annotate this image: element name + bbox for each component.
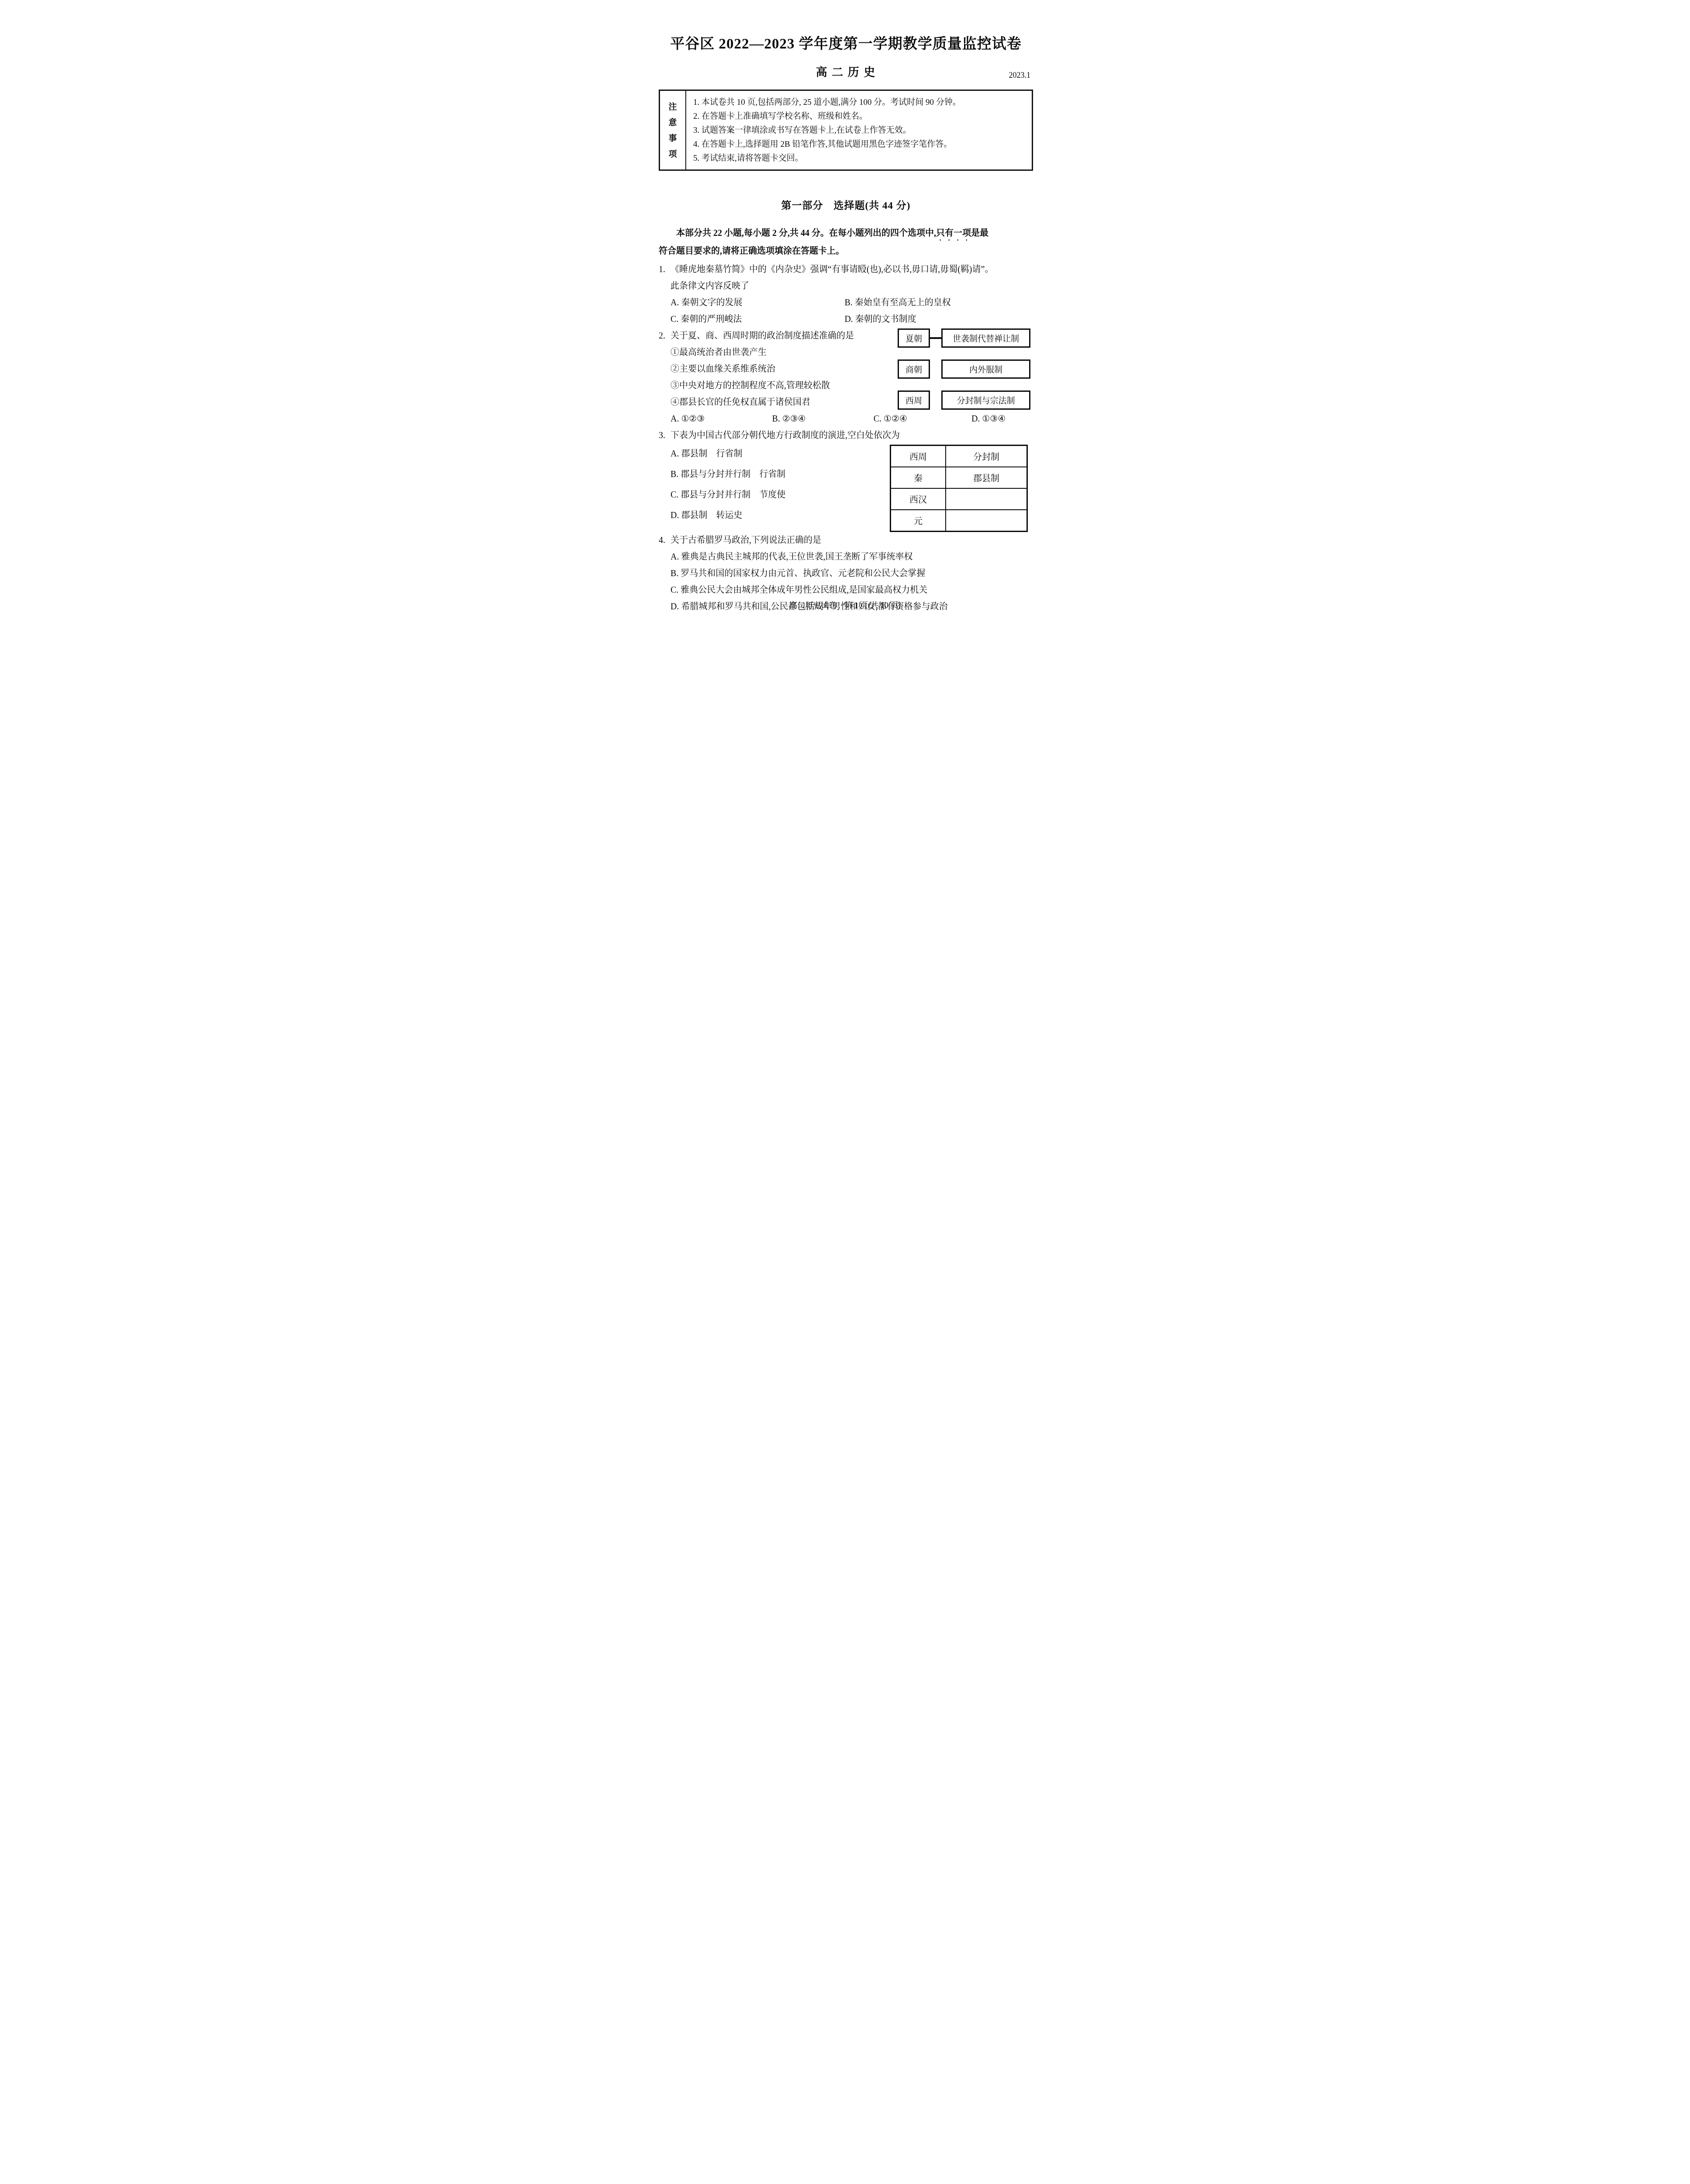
option-b: B. ②③④: [772, 411, 873, 427]
table-cell-era: 秦: [891, 467, 946, 488]
option-a: A. 秦朝文字的发展: [670, 294, 844, 311]
question-number: 1.: [659, 261, 670, 278]
option-d: D. 郡县制 转运史: [659, 505, 890, 526]
sub-item-1: ①最高统治者由世袭产生: [659, 344, 898, 361]
exam-date: 2023.1: [1009, 71, 1031, 80]
table-cell-era: 元: [891, 510, 946, 532]
question-3-options: A. 郡县制 行省制 B. 郡县与分封并行制 行省制 C. 郡县与分封并行制 节…: [659, 444, 890, 532]
figure-row-xia: 夏朝 世袭制代替禅让制: [898, 328, 1031, 348]
exam-subtitle: 高 二 历 史: [816, 63, 876, 79]
stem-text: 《睡虎地秦墓竹简》中的《内杂史》强调“有事请殹(也),必以书,毋口请,毋蜀(羁)…: [670, 261, 1033, 278]
section-intro: 本部分共 22 小题,每小题 2 分,共 44 分。在每小题列出的四个选项中,只…: [659, 225, 1033, 259]
questions-list: 1. 《睡虎地秦墓竹简》中的《内杂史》强调“有事请殹(也),必以书,毋口请,毋蜀…: [659, 261, 1033, 615]
option-d: D. ①③④: [971, 411, 1033, 427]
option-b: B. 罗马共和国的国家权力由元首、执政官、元老院和公民大会掌握: [659, 565, 1033, 582]
table-row: 元: [891, 510, 1027, 532]
notice-item: 1. 本试卷共 10 页,包括两部分, 25 道小题,满分 100 分。考试时间…: [693, 96, 1027, 110]
question-number: 4.: [659, 532, 670, 549]
notice-items: 1. 本试卷共 10 页,包括两部分, 25 道小题,满分 100 分。考试时间…: [686, 91, 1032, 169]
intro-text-pre: 本部分共 22 小题,每小题 2 分,共 44 分。在每小题列出的四个选项中,: [676, 228, 936, 238]
page-footer: 高二历史试卷 第 1 页(共 10 页): [634, 599, 1056, 611]
table-row: 西周 分封制: [891, 446, 1027, 467]
notice-box: 注 意 事 项 1. 本试卷共 10 页,包括两部分, 25 道小题,满分 10…: [659, 90, 1033, 171]
intro-line-1: 本部分共 22 小题,每小题 2 分,共 44 分。在每小题列出的四个选项中,只…: [659, 225, 1033, 243]
subtitle-row: 高 二 历 史 2023.1: [659, 63, 1033, 80]
intro-emphasis: 只有一项: [936, 228, 971, 238]
question-number: 3.: [659, 427, 670, 444]
option-d: D. 秦朝的文书制度: [844, 311, 1033, 328]
option-a: A. 雅典是古典民主城邦的代表,王位世袭,国王垄断了军事统率权: [659, 549, 1033, 565]
question-2-stem: 2. 关于夏、商、西周时期的政治制度描述准确的是: [659, 328, 898, 344]
option-c: C. 秦朝的严刑峻法: [670, 311, 844, 328]
stem-text: 关于古希腊罗马政治,下列说法正确的是: [670, 532, 1033, 549]
question-number: 2.: [659, 328, 670, 344]
table-cell-era: 西周: [891, 446, 946, 467]
notice-label-char: 注: [668, 100, 677, 112]
intro-text-post: 是最: [971, 228, 988, 238]
notice-label-char: 事: [668, 132, 677, 144]
question-2-text: 2. 关于夏、商、西周时期的政治制度描述准确的是 ①最高统治者由世袭产生 ②主要…: [659, 328, 898, 411]
era-box: 夏朝: [898, 328, 930, 348]
stem-text: 下表为中国古代部分朝代地方行政制度的演进,空白处依次为: [670, 427, 1033, 444]
notice-item: 5. 考试结束,请将答题卡交回。: [693, 152, 1027, 166]
question-1-stem: 1. 《睡虎地秦墓竹简》中的《内杂史》强调“有事请殹(也),必以书,毋口请,毋蜀…: [659, 261, 1033, 278]
option-b: B. 郡县与分封并行制 行省制: [659, 464, 890, 485]
question-3-stem: 3. 下表为中国古代部分朝代地方行政制度的演进,空白处依次为: [659, 427, 1033, 444]
notice-item: 2. 在答题卡上准确填写学校名称、班级和姓名。: [693, 110, 1027, 124]
option-a: A. 郡县制 行省制: [659, 444, 890, 464]
stem-text-line-2: 此条律文内容反映了: [659, 278, 1033, 294]
system-box: 分封制与宗法制: [941, 390, 1030, 410]
question-2-body: 2. 关于夏、商、西周时期的政治制度描述准确的是 ①最高统治者由世袭产生 ②主要…: [659, 328, 1033, 411]
table-row: 秦 郡县制: [891, 467, 1027, 488]
question-4-stem: 4. 关于古希腊罗马政治,下列说法正确的是: [659, 532, 1033, 549]
sub-item-4: ④郡县长官的任免权直属于诸侯国君: [659, 394, 898, 411]
question-3: 3. 下表为中国古代部分朝代地方行政制度的演进,空白处依次为 A. 郡县制 行省…: [659, 427, 1033, 532]
system-box: 世袭制代替禅让制: [941, 328, 1030, 348]
table-cell-system: [946, 510, 1027, 532]
option-c: C. ①②④: [874, 411, 971, 427]
connector-line: [930, 337, 941, 339]
option-c: C. 雅典公民大会由城邦全体成年男性公民组成,是国家最高权力机关: [659, 582, 1033, 598]
notice-label: 注 意 事 项: [660, 91, 686, 169]
exam-page: 平谷区 2022—2023 学年度第一学期教学质量监控试卷 高 二 历 史 20…: [634, 0, 1056, 615]
table-cell-system: 郡县制: [946, 467, 1027, 488]
stem-text: 关于夏、商、西周时期的政治制度描述准确的是: [670, 328, 898, 344]
option-b: B. 秦始皇有至高无上的皇权: [844, 294, 1033, 311]
question-2: 2. 关于夏、商、西周时期的政治制度描述准确的是 ①最高统治者由世袭产生 ②主要…: [659, 328, 1033, 427]
admin-table: 西周 分封制 秦 郡县制 西汉 元: [890, 445, 1028, 532]
exam-title: 平谷区 2022—2023 学年度第一学期教学质量监控试卷: [659, 35, 1033, 54]
question-1: 1. 《睡虎地秦墓竹简》中的《内杂史》强调“有事请殹(也),必以书,毋口请,毋蜀…: [659, 261, 1033, 328]
table-row: 西汉: [891, 488, 1027, 510]
table-cell-system: [946, 488, 1027, 510]
notice-label-char: 意: [668, 116, 677, 128]
question-3-body: A. 郡县制 行省制 B. 郡县与分封并行制 行省制 C. 郡县与分封并行制 节…: [659, 444, 1033, 532]
era-box: 西周: [898, 390, 930, 410]
option-a: A. ①②③: [670, 411, 772, 427]
question-2-options: A. ①②③ B. ②③④ C. ①②④ D. ①③④: [659, 411, 1033, 427]
system-box: 内外服制: [941, 359, 1030, 379]
notice-item: 4. 在答题卡上,选择题用 2B 铅笔作答,其他试题用黑色字迹签字笔作答。: [693, 138, 1027, 152]
sub-item-2: ②主要以血缘关系维系统治: [659, 361, 898, 377]
intro-line-2: 符合题目要求的,请将正确选项填涂在答题卡上。: [659, 243, 1033, 259]
notice-label-char: 项: [668, 148, 677, 159]
table-cell-era: 西汉: [891, 488, 946, 510]
option-c: C. 郡县与分封并行制 节度使: [659, 485, 890, 505]
dynasty-figure: 夏朝 世袭制代替禅让制 商朝 内外服制 西周 分封制与宗法制: [898, 328, 1031, 411]
question-1-options: A. 秦朝文字的发展 B. 秦始皇有至高无上的皇权 C. 秦朝的严刑峻法 D. …: [659, 294, 1033, 328]
notice-item: 3. 试题答案一律填涂或书写在答题卡上,在试卷上作答无效。: [693, 124, 1027, 138]
table-cell-system: 分封制: [946, 446, 1027, 467]
figure-row-shang: 商朝 内外服制: [898, 359, 1031, 379]
figure-row-xizhou: 西周 分封制与宗法制: [898, 390, 1031, 410]
section-title: 第一部分 选择题(共 44 分): [659, 199, 1033, 213]
sub-item-3: ③中央对地方的控制程度不高,管理较松散: [659, 377, 898, 394]
era-box: 商朝: [898, 359, 930, 379]
